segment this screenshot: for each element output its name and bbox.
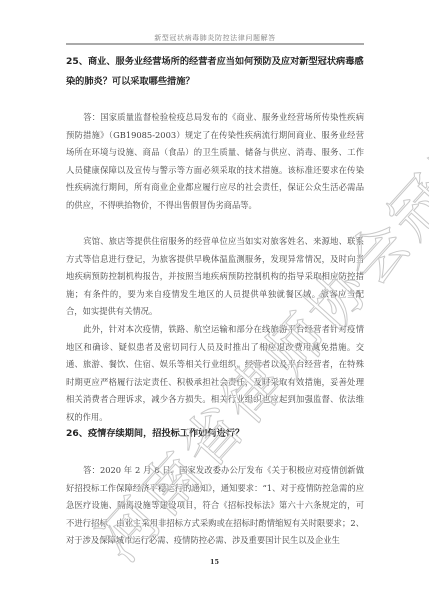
document-page: 新型冠状病毒肺炎防控法律问题解答 25、商业、服务业经营场所的经营者应当如何预防… <box>0 0 429 605</box>
paragraph-text: 答：2020 年 2 月 8 日，国家发改委办公厅发布《关于积极应对疫情创新做好… <box>66 465 364 545</box>
question-26-title: 26、疫情存续期间，招投标工作如何进行？ <box>66 424 366 444</box>
paragraph-text: 宾馆、旅店等提供住宿服务的经营单位应当如实对旅客姓名、来源地、联系方式等信息进行… <box>66 236 364 316</box>
page-number: 15 <box>0 558 429 566</box>
answer-25-paragraph-2: 宾馆、旅店等提供住宿服务的经营单位应当如实对旅客姓名、来源地、联系方式等信息进行… <box>66 233 364 321</box>
header-divider <box>66 43 364 45</box>
paragraph-text: 答：国家质量监督检验检疫总局发布的《商业、服务业经营场所传染性疾病预防措施》（G… <box>66 112 364 210</box>
answer-25-paragraph-1: 答：国家质量监督检验检疫总局发布的《商业、服务业经营场所传染性疾病预防措施》（G… <box>66 109 364 215</box>
question-25-title: 25、商业、服务业经营场所的经营者应当如何预防及应对新型冠状病毒感染的肺炎？可以… <box>66 52 366 92</box>
answer-25-paragraph-3: 此外，针对本次疫情，铁路、航空运输和部分在线旅游平台经营者针对疫情地区和确诊、疑… <box>66 321 364 427</box>
running-header: 新型冠状病毒肺炎防控法律问题解答 <box>66 33 364 43</box>
answer-26-paragraph-1: 答：2020 年 2 月 8 日，国家发改委办公厅发布《关于积极应对疫情创新做好… <box>66 462 364 550</box>
paragraph-text: 此外，针对本次疫情，铁路、航空运输和部分在线旅游平台经营者针对疫情地区和确诊、疑… <box>66 324 364 422</box>
